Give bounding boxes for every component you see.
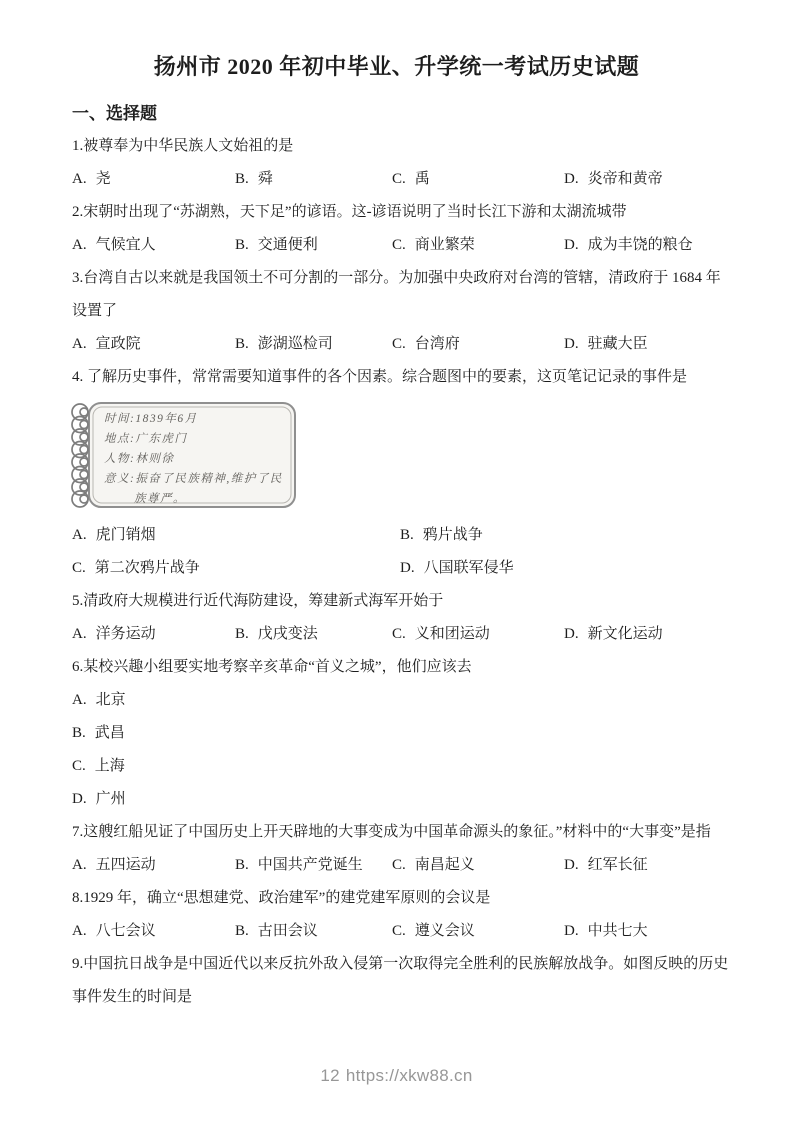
option-letter: C. [392, 163, 406, 196]
watermark-url: https://xkw88.cn [346, 1066, 473, 1085]
question-8-option-c: C.遵义会议 [392, 915, 564, 948]
option-letter: D. [564, 618, 579, 651]
question-1-option-a: A.尧 [72, 163, 235, 196]
question-1-stem: 1.被尊奉为中华民族人文始祖的是 [72, 130, 735, 163]
option-text: 八七会议 [96, 923, 156, 939]
question-3-option-b: B.澎湖巡检司 [235, 328, 392, 361]
option-text: 红军长征 [588, 857, 648, 873]
question-2-option-d: D.成为丰饶的粮仓 [564, 229, 735, 262]
question-7-option-c: C.南昌起义 [392, 849, 564, 882]
note-line-meaning: 意义:振奋了民族精神,维护了民 [104, 469, 283, 489]
page-number: 12 [320, 1066, 340, 1085]
option-letter: D. [564, 849, 579, 882]
question-5-stem: 5.清政府大规模进行近代海防建设，筹建新式海军开始于 [72, 585, 735, 618]
question-4-options-row-1: A.虎门销烟 B.鸦片战争 [72, 519, 735, 552]
question-4-note-image: 时间:1839年6月 地点:广东虎门 人物:林则徐 意义:振奋了民族精神,维护了… [66, 400, 300, 510]
section-heading: 一、选择题 [72, 100, 721, 128]
option-letter: C. [72, 552, 86, 585]
option-letter: D. [564, 915, 579, 948]
question-4-options-row-2: C.第二次鸦片战争 D.八国联军侵华 [72, 552, 735, 585]
exam-page: 扬州市 2020 年初中毕业、升学统一考试历史试题 一、选择题 1.被尊奉为中华… [0, 0, 793, 1122]
question-7: 7.这艘红船见证了中国历史上开天辟地的大事变成为中国革命源头的象征。”材料中的“… [72, 816, 735, 882]
option-text: 舜 [258, 171, 273, 187]
option-text: 北京 [96, 692, 126, 708]
option-letter: A. [72, 684, 87, 717]
option-text: 八国联军侵华 [424, 560, 514, 576]
option-letter: C. [392, 618, 406, 651]
option-text: 中国共产党诞生 [258, 857, 363, 873]
option-text: 武昌 [95, 725, 125, 741]
question-2-options: A.气候宜人 B.交通便利 C.商业繁荣 D.成为丰饶的粮仓 [72, 229, 735, 262]
option-text: 新文化运动 [588, 626, 663, 642]
question-3-option-d: D.驻藏大臣 [564, 328, 735, 361]
option-text: 驻藏大臣 [588, 336, 648, 352]
option-letter: D. [400, 552, 415, 585]
question-1-options: A.尧 B.舜 C.禹 D.炎帝和黄帝 [72, 163, 735, 196]
option-letter: D. [564, 328, 579, 361]
option-text: 气候宜人 [96, 237, 156, 253]
option-letter: D. [564, 229, 579, 262]
question-8-option-b: B.古田会议 [235, 915, 392, 948]
question-4-option-c: C.第二次鸦片战争 [72, 552, 400, 585]
note-line-time: 时间:1839年6月 [104, 409, 283, 429]
option-letter: D. [564, 163, 579, 196]
question-7-options: A.五四运动 B.中国共产党诞生 C.南昌起义 D.红军长征 [72, 849, 735, 882]
question-6: 6.某校兴趣小组要实地考察辛亥革命“首义之城”，他们应该去 A.北京 B.武昌 … [72, 651, 735, 816]
option-letter: A. [72, 163, 87, 196]
option-text: 第二次鸦片战争 [95, 560, 200, 576]
option-letter: C. [392, 849, 406, 882]
question-5-option-b: B.戊戌变法 [235, 618, 392, 651]
note-line-meaning-cont: 族尊严。 [104, 489, 283, 509]
option-letter: A. [72, 519, 87, 552]
question-9: 9.中国抗日战争是中国近代以来反抗外敌入侵第一次取得完全胜利的民族解放战争。如图… [72, 948, 735, 1014]
question-4-option-d: D.八国联军侵华 [400, 552, 735, 585]
question-5: 5.清政府大规模进行近代海防建设，筹建新式海军开始于 A.洋务运动 B.戊戌变法… [72, 585, 735, 651]
question-2-option-a: A.气候宜人 [72, 229, 235, 262]
option-letter: B. [235, 849, 249, 882]
note-line-person: 人物:林则徐 [104, 449, 283, 469]
option-text: 商业繁荣 [415, 237, 475, 253]
option-text: 古田会议 [258, 923, 318, 939]
option-text: 宣政院 [96, 336, 141, 352]
question-5-option-d: D.新文化运动 [564, 618, 735, 651]
question-1-option-b: B.舜 [235, 163, 392, 196]
option-text: 尧 [96, 171, 111, 187]
option-text: 遵义会议 [415, 923, 475, 939]
question-4-option-a: A.虎门销烟 [72, 519, 400, 552]
question-6-option-d: D.广州 [72, 783, 735, 816]
option-letter: C. [392, 328, 406, 361]
option-text: 鸦片战争 [423, 527, 483, 543]
option-letter: B. [235, 163, 249, 196]
option-letter: A. [72, 849, 87, 882]
option-letter: D. [72, 783, 87, 816]
option-text: 五四运动 [96, 857, 156, 873]
question-5-option-c: C.义和团运动 [392, 618, 564, 651]
question-7-option-d: D.红军长征 [564, 849, 735, 882]
note-line-place: 地点:广东虎门 [104, 429, 283, 449]
option-text: 义和团运动 [415, 626, 490, 642]
option-letter: C. [392, 915, 406, 948]
option-letter: A. [72, 328, 87, 361]
option-text: 中共七大 [588, 923, 648, 939]
option-text: 台湾府 [415, 336, 460, 352]
question-6-option-c: C.上海 [72, 750, 735, 783]
question-4-stem: 4. 了解历史事件，常常需要知道事件的各个因素。综合题图中的要素，这页笔记记录的… [72, 361, 735, 394]
option-text: 成为丰饶的粮仓 [588, 237, 693, 253]
question-5-option-a: A.洋务运动 [72, 618, 235, 651]
question-5-options: A.洋务运动 B.戊戌变法 C.义和团运动 D.新文化运动 [72, 618, 735, 651]
option-letter: B. [235, 328, 249, 361]
option-letter: B. [235, 229, 249, 262]
question-3-stem: 3.台湾自古以来就是我国领土不可分割的一部分。为加强中央政府对台湾的管辖，清政府… [72, 262, 735, 328]
question-4: 4. 了解历史事件，常常需要知道事件的各个因素。综合题图中的要素，这页笔记记录的… [72, 361, 735, 585]
option-text: 南昌起义 [415, 857, 475, 873]
option-text: 禹 [415, 171, 430, 187]
option-text: 澎湖巡检司 [258, 336, 333, 352]
question-8-option-d: D.中共七大 [564, 915, 735, 948]
question-9-stem: 9.中国抗日战争是中国近代以来反抗外敌入侵第一次取得完全胜利的民族解放战争。如图… [72, 948, 735, 1014]
question-list: 1.被尊奉为中华民族人文始祖的是 A.尧 B.舜 C.禹 D.炎帝和黄帝 2.宋… [72, 130, 735, 1014]
option-letter: B. [72, 717, 86, 750]
question-7-option-b: B.中国共产党诞生 [235, 849, 392, 882]
option-text: 炎帝和黄帝 [588, 171, 663, 187]
option-text: 上海 [95, 758, 125, 774]
question-7-option-a: A.五四运动 [72, 849, 235, 882]
question-8-stem: 8.1929 年，确立“思想建党、政治建军”的建党建军原则的会议是 [72, 882, 735, 915]
question-3-options: A.宣政院 B.澎湖巡检司 C.台湾府 D.驻藏大臣 [72, 328, 735, 361]
option-letter: C. [392, 229, 406, 262]
option-text: 交通便利 [258, 237, 318, 253]
question-3: 3.台湾自古以来就是我国领土不可分割的一部分。为加强中央政府对台湾的管辖，清政府… [72, 262, 735, 361]
page-title: 扬州市 2020 年初中毕业、升学统一考试历史试题 [0, 0, 793, 82]
question-1-option-d: D.炎帝和黄帝 [564, 163, 735, 196]
option-letter: A. [72, 229, 87, 262]
option-text: 虎门销烟 [96, 527, 156, 543]
question-2-stem: 2.宋朝时出现了“苏湖熟，天下足”的谚语。这-谚语说明了当时长江下游和太湖流城带 [72, 196, 735, 229]
option-letter: B. [400, 519, 414, 552]
question-2-option-c: C.商业繁荣 [392, 229, 564, 262]
question-7-stem: 7.这艘红船见证了中国历史上开天辟地的大事变成为中国革命源头的象征。”材料中的“… [72, 816, 735, 849]
question-1-option-c: C.禹 [392, 163, 564, 196]
option-letter: C. [72, 750, 86, 783]
option-letter: A. [72, 915, 87, 948]
question-2-option-b: B.交通便利 [235, 229, 392, 262]
footer-watermark: 12https://xkw88.cn [0, 1066, 793, 1086]
question-4-option-b: B.鸦片战争 [400, 519, 735, 552]
question-8: 8.1929 年，确立“思想建党、政治建军”的建党建军原则的会议是 A.八七会议… [72, 882, 735, 948]
question-6-option-a: A.北京 [72, 684, 735, 717]
option-letter: A. [72, 618, 87, 651]
question-8-option-a: A.八七会议 [72, 915, 235, 948]
option-text: 洋务运动 [96, 626, 156, 642]
question-3-option-c: C.台湾府 [392, 328, 564, 361]
question-6-stem: 6.某校兴趣小组要实地考察辛亥革命“首义之城”，他们应该去 [72, 651, 735, 684]
question-2: 2.宋朝时出现了“苏湖熟，天下足”的谚语。这-谚语说明了当时长江下游和太湖流城带… [72, 196, 735, 262]
question-3-option-a: A.宣政院 [72, 328, 235, 361]
option-text: 广州 [96, 791, 126, 807]
option-text: 戊戌变法 [258, 626, 318, 642]
question-6-option-b: B.武昌 [72, 717, 735, 750]
note-text: 时间:1839年6月 地点:广东虎门 人物:林则徐 意义:振奋了民族精神,维护了… [104, 409, 283, 509]
question-8-options: A.八七会议 B.古田会议 C.遵义会议 D.中共七大 [72, 915, 735, 948]
question-1: 1.被尊奉为中华民族人文始祖的是 A.尧 B.舜 C.禹 D.炎帝和黄帝 [72, 130, 735, 196]
option-letter: B. [235, 618, 249, 651]
option-letter: B. [235, 915, 249, 948]
